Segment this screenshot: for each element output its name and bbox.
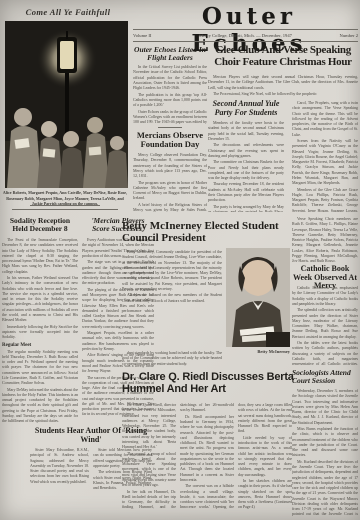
- yule-party-body: Members of the faculty were hosts to the…: [208, 120, 284, 212]
- volume-label: Volume II: [133, 33, 151, 38]
- sociologists-body: Wednesday, December 3, members of the So…: [292, 388, 358, 518]
- number-label: Number 2: [340, 33, 359, 38]
- book-week-body: Catholic Bookweek was emphasized by the …: [292, 285, 358, 365]
- riedl-headline: Dr. Clare Q. Riedl Discusses Berta Humme…: [122, 372, 312, 396]
- sodality-body-top: The Feast of the Immaculate Conception, …: [2, 237, 78, 341]
- masthead-rule-top: [133, 29, 358, 30]
- betty-body: Betty McInerney, Commonly candidate for …: [122, 249, 222, 347]
- sodality-body-bottom: The regular monthly Sodality meeting was…: [2, 349, 78, 423]
- flight-leaders-headline: Outer Echoes Listed In Flight Leaders: [133, 46, 207, 62]
- betty-headline: Betty McInerney Elected Student Council …: [122, 221, 306, 245]
- masthead-rule-bottom: [133, 41, 358, 42]
- betty-photo-caption: Betty McInerney: [226, 349, 290, 354]
- photo-top-caption: Come All Ye Faithfull: [8, 7, 128, 19]
- section-divider-rule: [158, 127, 182, 128]
- foundation-day-headline: Mercians Observe Foundation Day: [133, 131, 207, 149]
- sodality-headline: Sodality Reception Held December 8: [2, 217, 78, 233]
- caption-divider-rule: [12, 209, 118, 210]
- dateline-text: Mercy College, Detroit, Mich. — December…: [199, 33, 292, 38]
- regular-meet-subhead: Regular Meet: [2, 343, 78, 348]
- sodality-article: The Feast of the Immaculate Conception, …: [2, 237, 78, 423]
- flight-leaders-body: In the Critical Survey List published in…: [133, 64, 207, 124]
- sociologists-headline: Sociologists Attend Court Session: [292, 369, 358, 385]
- betty-body-continuation: dent standards by working hand in hand w…: [122, 350, 222, 369]
- carolers-photo-image: [5, 21, 128, 188]
- newspaper-page: Come All Ye Faithfull Alice Roberts, Mar…: [0, 0, 360, 520]
- verse-choir-names: Verse Speaking Choir members are Ruth E.…: [292, 216, 358, 262]
- dateline-bar: Volume II Mercy College, Detroit, Mich. …: [133, 31, 358, 40]
- glee-club-headline: Glee Club And Verse Speaking Choir Featu…: [208, 45, 358, 69]
- glee-club-continuation: Carol, The Prophets, sung with a twin ch…: [292, 100, 358, 212]
- glee-club-intro: Mercian Players will stage their second …: [208, 74, 358, 97]
- foundation-day-body: Mercy College observed Foundation Day, T…: [133, 152, 207, 212]
- caption-divider-rule: [30, 205, 100, 206]
- betty-portrait-photo: [226, 248, 290, 347]
- yule-party-headline: Second Annual Yule Party For Students: [208, 100, 284, 117]
- riedl-body: Dr. Clare Quirk Riedl, director of the T…: [122, 402, 292, 517]
